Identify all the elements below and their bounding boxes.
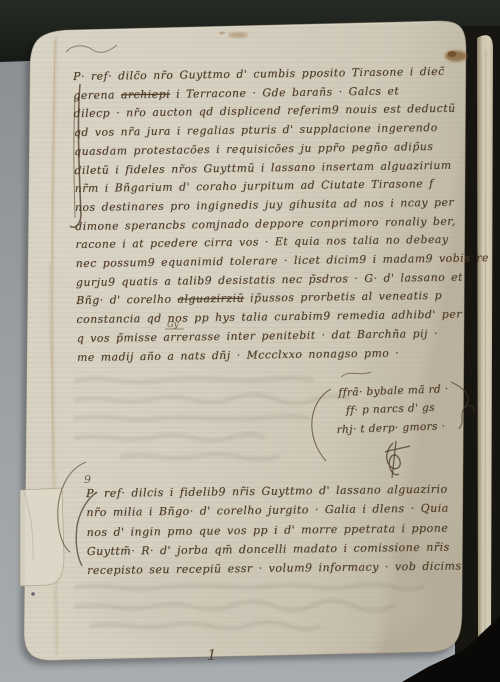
stain-top-right	[445, 51, 467, 62]
stain-top-right-core	[448, 51, 457, 57]
paragraph-2: P· ref· dilcis i fidelib9 nr̃is Guyttmo …	[86, 479, 472, 580]
smudge-top-center	[228, 32, 248, 37]
paragraph-1: P· ref· dilc̃o nr̃o Guyttmo d' cumbis pp…	[73, 63, 467, 368]
smudge-top-center-2	[219, 32, 225, 35]
next-folio-edge	[477, 35, 493, 650]
signature-block: ffrã· bybale mã rd ·ff· p narcs d' gsrhj…	[338, 379, 480, 439]
repair-patch	[20, 488, 64, 586]
folio-mark: 1	[207, 646, 217, 664]
manuscript-photo: 9 Gy 1 P· ref· dilc̃o nr̃o Guyttmo d' cu…	[0, 0, 500, 682]
ink-dot	[31, 592, 35, 596]
